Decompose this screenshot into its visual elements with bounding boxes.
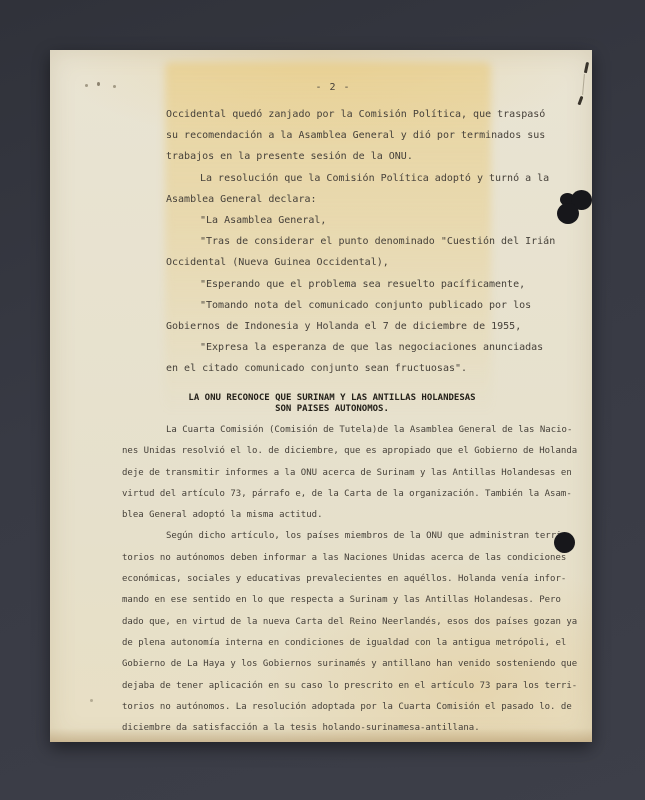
text-line: "Tomando nota del comunicado conjunto pu… — [166, 295, 586, 316]
section-heading-line1: LA ONU RECONOCE QUE SURINAM Y LAS ANTILL… — [122, 393, 542, 404]
text-line: trabajos en la presente sesión de la ONU… — [166, 146, 586, 167]
body-text-top: Occidental quedó zanjado por la Comisión… — [166, 104, 586, 380]
pencil-speck — [97, 82, 100, 86]
pencil-speck — [85, 84, 88, 87]
text-line: económicas, sociales y educativas preval… — [122, 569, 592, 590]
ink-blob-icon — [556, 190, 592, 225]
pencil-speck — [113, 85, 116, 88]
text-line: blea General adoptó la misma actitud. — [122, 505, 592, 526]
ink-blob-part — [557, 203, 579, 224]
text-line: en el citado comunicado conjunto sean fr… — [166, 358, 586, 379]
text-line: deje de transmitir informes a la ONU ace… — [122, 463, 592, 484]
body-text-bottom: La Cuarta Comisión (Comisión de Tutela)d… — [122, 420, 592, 739]
text-line: "Esperando que el problema sea resuelto … — [166, 274, 586, 295]
section-heading: LA ONU RECONOCE QUE SURINAM Y LAS ANTILL… — [122, 393, 542, 415]
text-line: Occidental quedó zanjado por la Comisión… — [166, 104, 586, 125]
text-line: torios no autónomos. La resolución adopt… — [122, 697, 592, 718]
text-line: Gobiernos de Indonesia y Holanda el 7 de… — [166, 316, 586, 337]
text-line: "La Asamblea General, — [166, 210, 586, 231]
text-line: nes Unidas resolvió el lo. de diciembre,… — [122, 441, 592, 462]
text-line: Occidental (Nueva Guinea Occidental), — [166, 252, 586, 273]
section-heading-line2: SON PAISES AUTONOMOS. — [122, 404, 542, 415]
text-line: dado que, en virtud de la nueva Carta de… — [122, 612, 592, 633]
ink-dot-icon — [554, 532, 575, 553]
text-line: La Cuarta Comisión (Comisión de Tutela)d… — [122, 420, 592, 441]
text-line: mando en ese sentido en lo que respecta … — [122, 590, 592, 611]
pen-mark-icon — [584, 62, 589, 73]
pen-scratch-icon — [582, 74, 585, 95]
text-line: Asamblea General declara: — [166, 189, 586, 210]
text-line: Según dicho artículo, los países miembro… — [122, 526, 592, 547]
text-line: "Tras de considerar el punto denominado … — [166, 231, 586, 252]
photo-background: - 2 - Occidental quedó zanjado por la Co… — [0, 0, 645, 800]
page-number: - 2 - — [166, 82, 500, 93]
text-line: virtud del artículo 73, párrafo e, de la… — [122, 484, 592, 505]
text-line: torios no autónomos deben informar a las… — [122, 548, 592, 569]
text-line: Gobierno de La Haya y los Gobiernos suri… — [122, 654, 592, 675]
text-line: diciembre da satisfacción a la tesis hol… — [122, 718, 592, 739]
text-line: dejaba de tener aplicación en su caso lo… — [122, 676, 592, 697]
text-line: "Expresa la esperanza de que las negocia… — [166, 337, 586, 358]
text-line: su recomendación a la Asamblea General y… — [166, 125, 586, 146]
document-page: - 2 - Occidental quedó zanjado por la Co… — [50, 50, 592, 742]
text-line: de plena autonomía interna en condicione… — [122, 633, 592, 654]
pencil-speck — [90, 699, 93, 702]
text-line: La resolución que la Comisión Política a… — [166, 168, 586, 189]
